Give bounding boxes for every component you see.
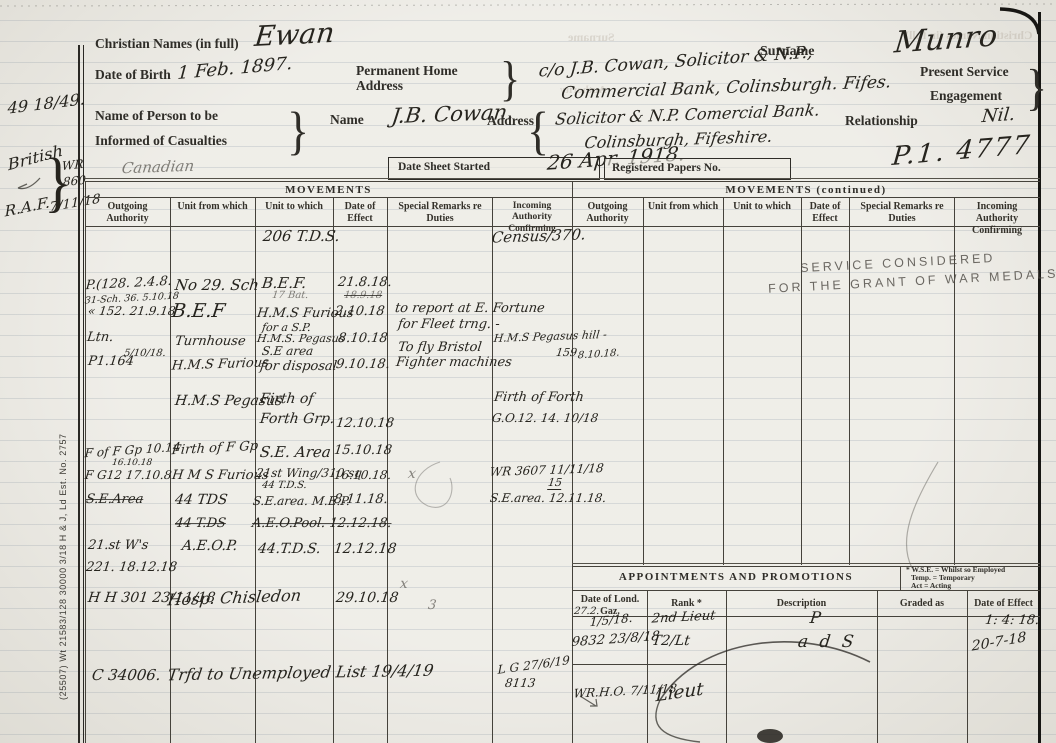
movements-title: MOVEMENTS xyxy=(85,184,572,196)
col-graded-as: Graded as xyxy=(880,598,964,610)
brace: } xyxy=(1026,58,1047,117)
printers-imprint: (25507) Wt 21583/128 30000 3/18 H & J, L… xyxy=(58,385,68,700)
surname-value: Munro xyxy=(893,18,999,60)
mv-outgoing: P.(128. 2.4.8. xyxy=(85,274,172,293)
grid-line xyxy=(967,590,968,743)
col2-date-effect: Date of Effect xyxy=(803,201,847,225)
mv-unit-to: 44 T.D.S. xyxy=(261,480,307,491)
margin-rule xyxy=(78,45,80,743)
grid-line xyxy=(85,181,86,743)
relationship-label: Relationship xyxy=(845,113,918,129)
mv-incoming: G.O.12. 14. 10/18 xyxy=(491,411,599,425)
mv-unit-from: Hosp. Chisledon xyxy=(167,586,303,610)
mv-incoming: L G 27/6/19 xyxy=(498,653,570,677)
home-address-value-2: Commercial Bank, Colinsburgh. Fifes. xyxy=(560,72,892,103)
service-record-sheet: Christian Names (in full) Surname Author… xyxy=(0,0,1056,743)
col2-unit-to: Unit to which xyxy=(726,201,798,213)
mv-remarks: for Fleet trng. - xyxy=(397,317,501,332)
mv-outgoing: 221. 18.12.18 xyxy=(85,560,178,575)
mv-unit-to: S.E. Area xyxy=(259,443,332,461)
mv-incoming: 15 xyxy=(547,476,563,490)
mv-date: 9.10.18. xyxy=(335,357,391,372)
col-unit-from: Unit from which xyxy=(173,201,252,213)
mv-outgoing: S.E.Area xyxy=(85,492,144,507)
mv-unit-from: Turnhouse xyxy=(174,334,246,349)
bleed-text: Surname xyxy=(568,30,615,45)
mv-incoming: 8113 xyxy=(504,676,536,690)
home-address-label: Permanent Home xyxy=(356,63,458,79)
mv-date: 8.11.18. xyxy=(333,492,389,507)
appointments-title: APPOINTMENTS AND PROMOTIONS xyxy=(572,571,900,583)
grid-line xyxy=(849,197,850,565)
mv-date: 2.10.18 xyxy=(334,304,385,319)
mv-unit-from: 44 TDS xyxy=(174,492,228,508)
col2-special-remarks: Special Remarks re Duties xyxy=(852,201,952,225)
margin-note-49: 49 18/49. xyxy=(7,89,85,117)
col2-outgoing-authority: Outgoing Authority xyxy=(575,201,640,225)
grid-line xyxy=(85,197,1040,198)
col-special-remarks: Special Remarks re Duties xyxy=(390,201,490,225)
mv-date: 16.10.18. xyxy=(333,468,392,482)
grid-line xyxy=(85,181,1040,182)
present-service-label: Present Service xyxy=(920,64,1009,80)
mv-incoming: WR 3607 11/11/18 xyxy=(489,461,604,479)
ap-gazette: 1/5/18. xyxy=(589,611,633,629)
ap-description: P xyxy=(809,608,822,627)
relationship-value: Nil. xyxy=(981,104,1017,127)
mv-incoming: Firth of Forth xyxy=(493,390,585,405)
margin-note-wr: WR xyxy=(62,157,84,173)
mv-remarks: Fighter machines xyxy=(395,355,513,370)
ghost-note: Canadian xyxy=(121,157,196,178)
legend-act: Act = Acting xyxy=(911,581,951,590)
ap-rank: 2nd Lieut xyxy=(651,608,716,626)
mv-outgoing: Ltn. xyxy=(86,330,114,345)
margin-note-860: 860 xyxy=(63,173,87,189)
pencil-mark: 3 xyxy=(427,598,437,613)
casualty-address-1: Solicitor & N.P. Comercial Bank. xyxy=(554,100,821,128)
mv-unit-to: Firth of xyxy=(259,391,315,407)
margin-rule xyxy=(83,45,85,743)
mv-incoming: H.M.S Pegasus hill - xyxy=(493,328,607,345)
ap-description: a d S xyxy=(797,632,858,652)
mv-date: 12.12.18 xyxy=(333,541,397,557)
mv-date: 18.9.18 xyxy=(343,290,383,301)
dob-label: Date of Birth xyxy=(95,67,171,83)
mv-incoming: S.E.area. 12.11.18. xyxy=(489,491,607,505)
mv-unit-from: A.E.O.P. xyxy=(181,538,238,554)
grid-line xyxy=(643,197,644,565)
mv-date: 29.10.18 xyxy=(335,590,399,606)
grid-line xyxy=(726,590,727,743)
file-number: P.1. 4777 xyxy=(891,130,1033,172)
registered-papers-label: Registered Papers No. xyxy=(612,162,721,174)
christian-names-label: Christian Names (in full) xyxy=(95,36,239,52)
ap-rank: T2/Lt xyxy=(651,633,691,649)
mv-outgoing: F G12 17.10.8 xyxy=(84,468,172,482)
mv-unit-from: B.E.F xyxy=(171,300,227,322)
mv-date: 8.10.18 xyxy=(337,331,388,346)
casualty-label-2: Informed of Casualties xyxy=(95,133,227,149)
grid-line xyxy=(572,590,1040,591)
mv-unit-to: 206 T.D.S. xyxy=(262,227,341,245)
mv-outgoing: 5/10/18. xyxy=(123,348,166,359)
pencil-mark: x xyxy=(399,576,409,592)
ap-effect: 20-7-18 xyxy=(972,629,1027,654)
mv-outgoing: « 152. 21.9.18 xyxy=(87,304,176,318)
col2-unit-from: Unit from which xyxy=(646,201,720,213)
grid-line xyxy=(801,197,802,565)
ap-effect: 1: 4: 18. xyxy=(984,613,1040,628)
mv-cancelled: 44 T.DS xyxy=(174,516,227,531)
mv-remarks: To fly Bristol xyxy=(397,340,482,355)
mv-incoming: Census/370. xyxy=(491,225,587,246)
mv-cancelled: A.E.O.Pool. 12.12.18. xyxy=(251,516,392,531)
col-description: Description xyxy=(729,598,874,610)
casualty-name-label: Name xyxy=(330,112,364,128)
pencil-mark: x xyxy=(407,466,417,482)
col-date-of-effect: Date of Effect xyxy=(970,598,1037,610)
engagement-label: Engagement xyxy=(930,88,1002,104)
date-sheet-label: Date Sheet Started xyxy=(398,161,490,173)
mv-date: 15.10.18 xyxy=(333,443,393,458)
mv-unit-to: 17 Bat. xyxy=(271,290,309,301)
mv-incoming: 159 xyxy=(555,346,578,359)
mv-unit-to: Forth Grp. xyxy=(259,411,335,427)
brace-open: { xyxy=(527,100,549,161)
grid-line xyxy=(877,590,878,743)
mv-incoming-spill: 8.10.18. xyxy=(577,348,619,362)
grid-line xyxy=(723,197,724,565)
col2-incoming-authority: Incoming Authority Confirming xyxy=(957,201,1037,237)
grid-line xyxy=(647,590,648,743)
mv-outgoing: C 34006. xyxy=(91,666,162,684)
mv-transfer-note: Trfd to Unemployed List 19/4/19 xyxy=(166,661,434,685)
grid-line xyxy=(572,566,573,743)
mv-date: 12.10.18 xyxy=(335,416,395,431)
grid-line xyxy=(572,664,726,665)
mv-date: 21.8.18. xyxy=(337,275,393,290)
grid-line xyxy=(900,566,901,590)
scan-edge xyxy=(1038,12,1041,743)
grid-line xyxy=(572,563,1040,564)
dob-value: 1 Feb. 1897. xyxy=(177,53,293,84)
casualty-label-1: Name of Person to be xyxy=(95,108,218,124)
mv-outgoing: 16.10.18 xyxy=(111,458,152,468)
mv-remarks: to report at E. Fortune xyxy=(394,301,546,316)
col-outgoing-authority: Outgoing Authority xyxy=(88,201,167,225)
home-address-label2: Address xyxy=(356,78,403,94)
mv-outgoing: 21.st W's xyxy=(87,538,149,553)
mv-unit-to: 44.T.D.S. xyxy=(257,541,322,557)
christian-names-value: Ewan xyxy=(253,16,336,53)
col-date-effect: Date of Effect xyxy=(335,201,385,225)
brace: } xyxy=(287,100,309,161)
grid-line xyxy=(85,178,1040,179)
mv-unit-to: for disposal xyxy=(259,359,338,374)
mv-unit-from: No 29. Sch xyxy=(174,276,260,294)
movements-continued-title: MOVEMENTS (continued) xyxy=(572,184,1040,196)
mv-unit-from: Firth of F Gp xyxy=(171,439,259,458)
col-unit-to: Unit to which xyxy=(258,201,330,213)
